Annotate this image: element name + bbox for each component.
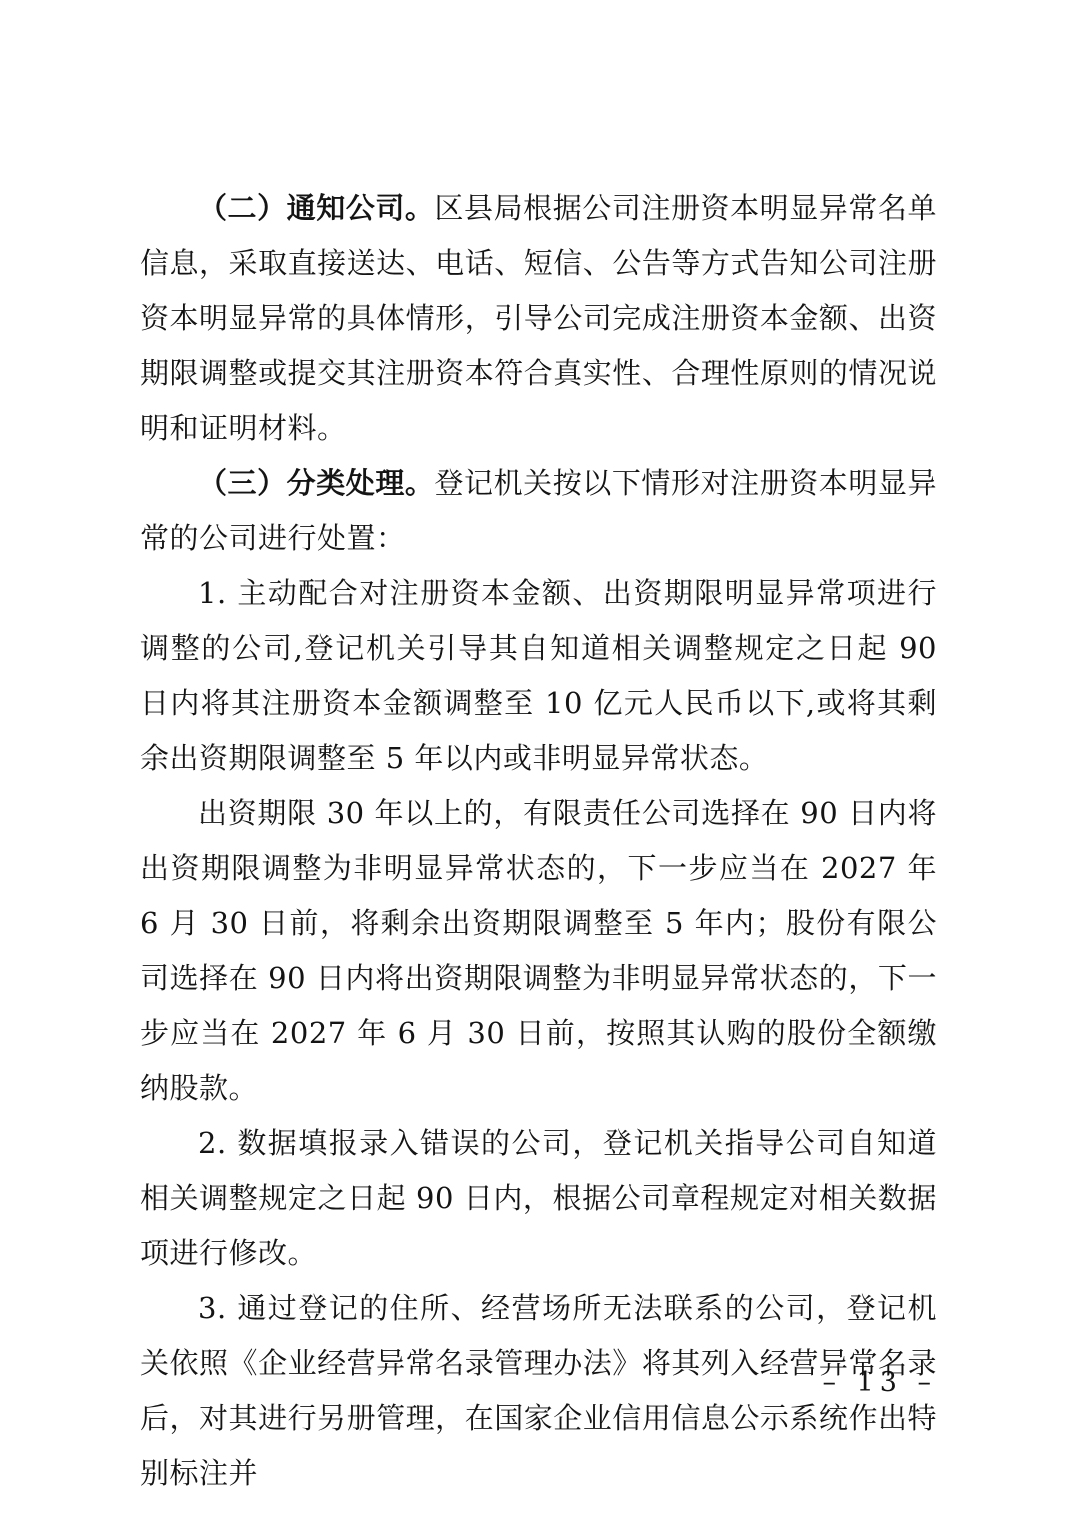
paragraph: （二）通知公司。区县局根据公司注册资本明显异常名单信息，采取直接送达、电话、短信… xyxy=(140,181,937,456)
paragraph-text: 出资期限 30 年以上的，有限责任公司选择在 90 日内将出资期限调整为非明显异… xyxy=(140,796,937,1105)
paragraph: 2. 数据填报录入错误的公司，登记机关指导公司自知道相关调整规定之日起 90 日… xyxy=(140,1116,937,1281)
page-number: – 13 – xyxy=(822,1363,937,1403)
paragraph-text: 2. 数据填报录入错误的公司，登记机关指导公司自知道相关调整规定之日起 90 日… xyxy=(140,1126,937,1270)
paragraph: （三）分类处理。登记机关按以下情形对注册资本明显异常的公司进行处置： xyxy=(140,456,937,566)
paragraph-text: 3. 通过登记的住所、经营场所无法联系的公司，登记机关依照《企业经营异常名录管理… xyxy=(140,1291,937,1490)
paragraph-text: 区县局根据公司注册资本明显异常名单信息，采取直接送达、电话、短信、公告等方式告知… xyxy=(140,191,937,445)
paragraph: 1. 主动配合对注册资本金额、出资期限明显异常项进行调整的公司,登记机关引导其自… xyxy=(140,566,937,786)
paragraph-text: 1. 主动配合对注册资本金额、出资期限明显异常项进行调整的公司,登记机关引导其自… xyxy=(140,576,937,775)
paragraph: 出资期限 30 年以上的，有限责任公司选择在 90 日内将出资期限调整为非明显异… xyxy=(140,786,937,1116)
document-body: （二）通知公司。区县局根据公司注册资本明显异常名单信息，采取直接送达、电话、短信… xyxy=(140,181,937,1501)
paragraph: 3. 通过登记的住所、经营场所无法联系的公司，登记机关依照《企业经营异常名录管理… xyxy=(140,1281,937,1501)
document-page: （二）通知公司。区县局根据公司注册资本明显异常名单信息，采取直接送达、电话、短信… xyxy=(0,0,1074,1520)
paragraph-lead: （二）通知公司。 xyxy=(198,191,435,225)
paragraph-lead: （三）分类处理。 xyxy=(198,466,435,500)
